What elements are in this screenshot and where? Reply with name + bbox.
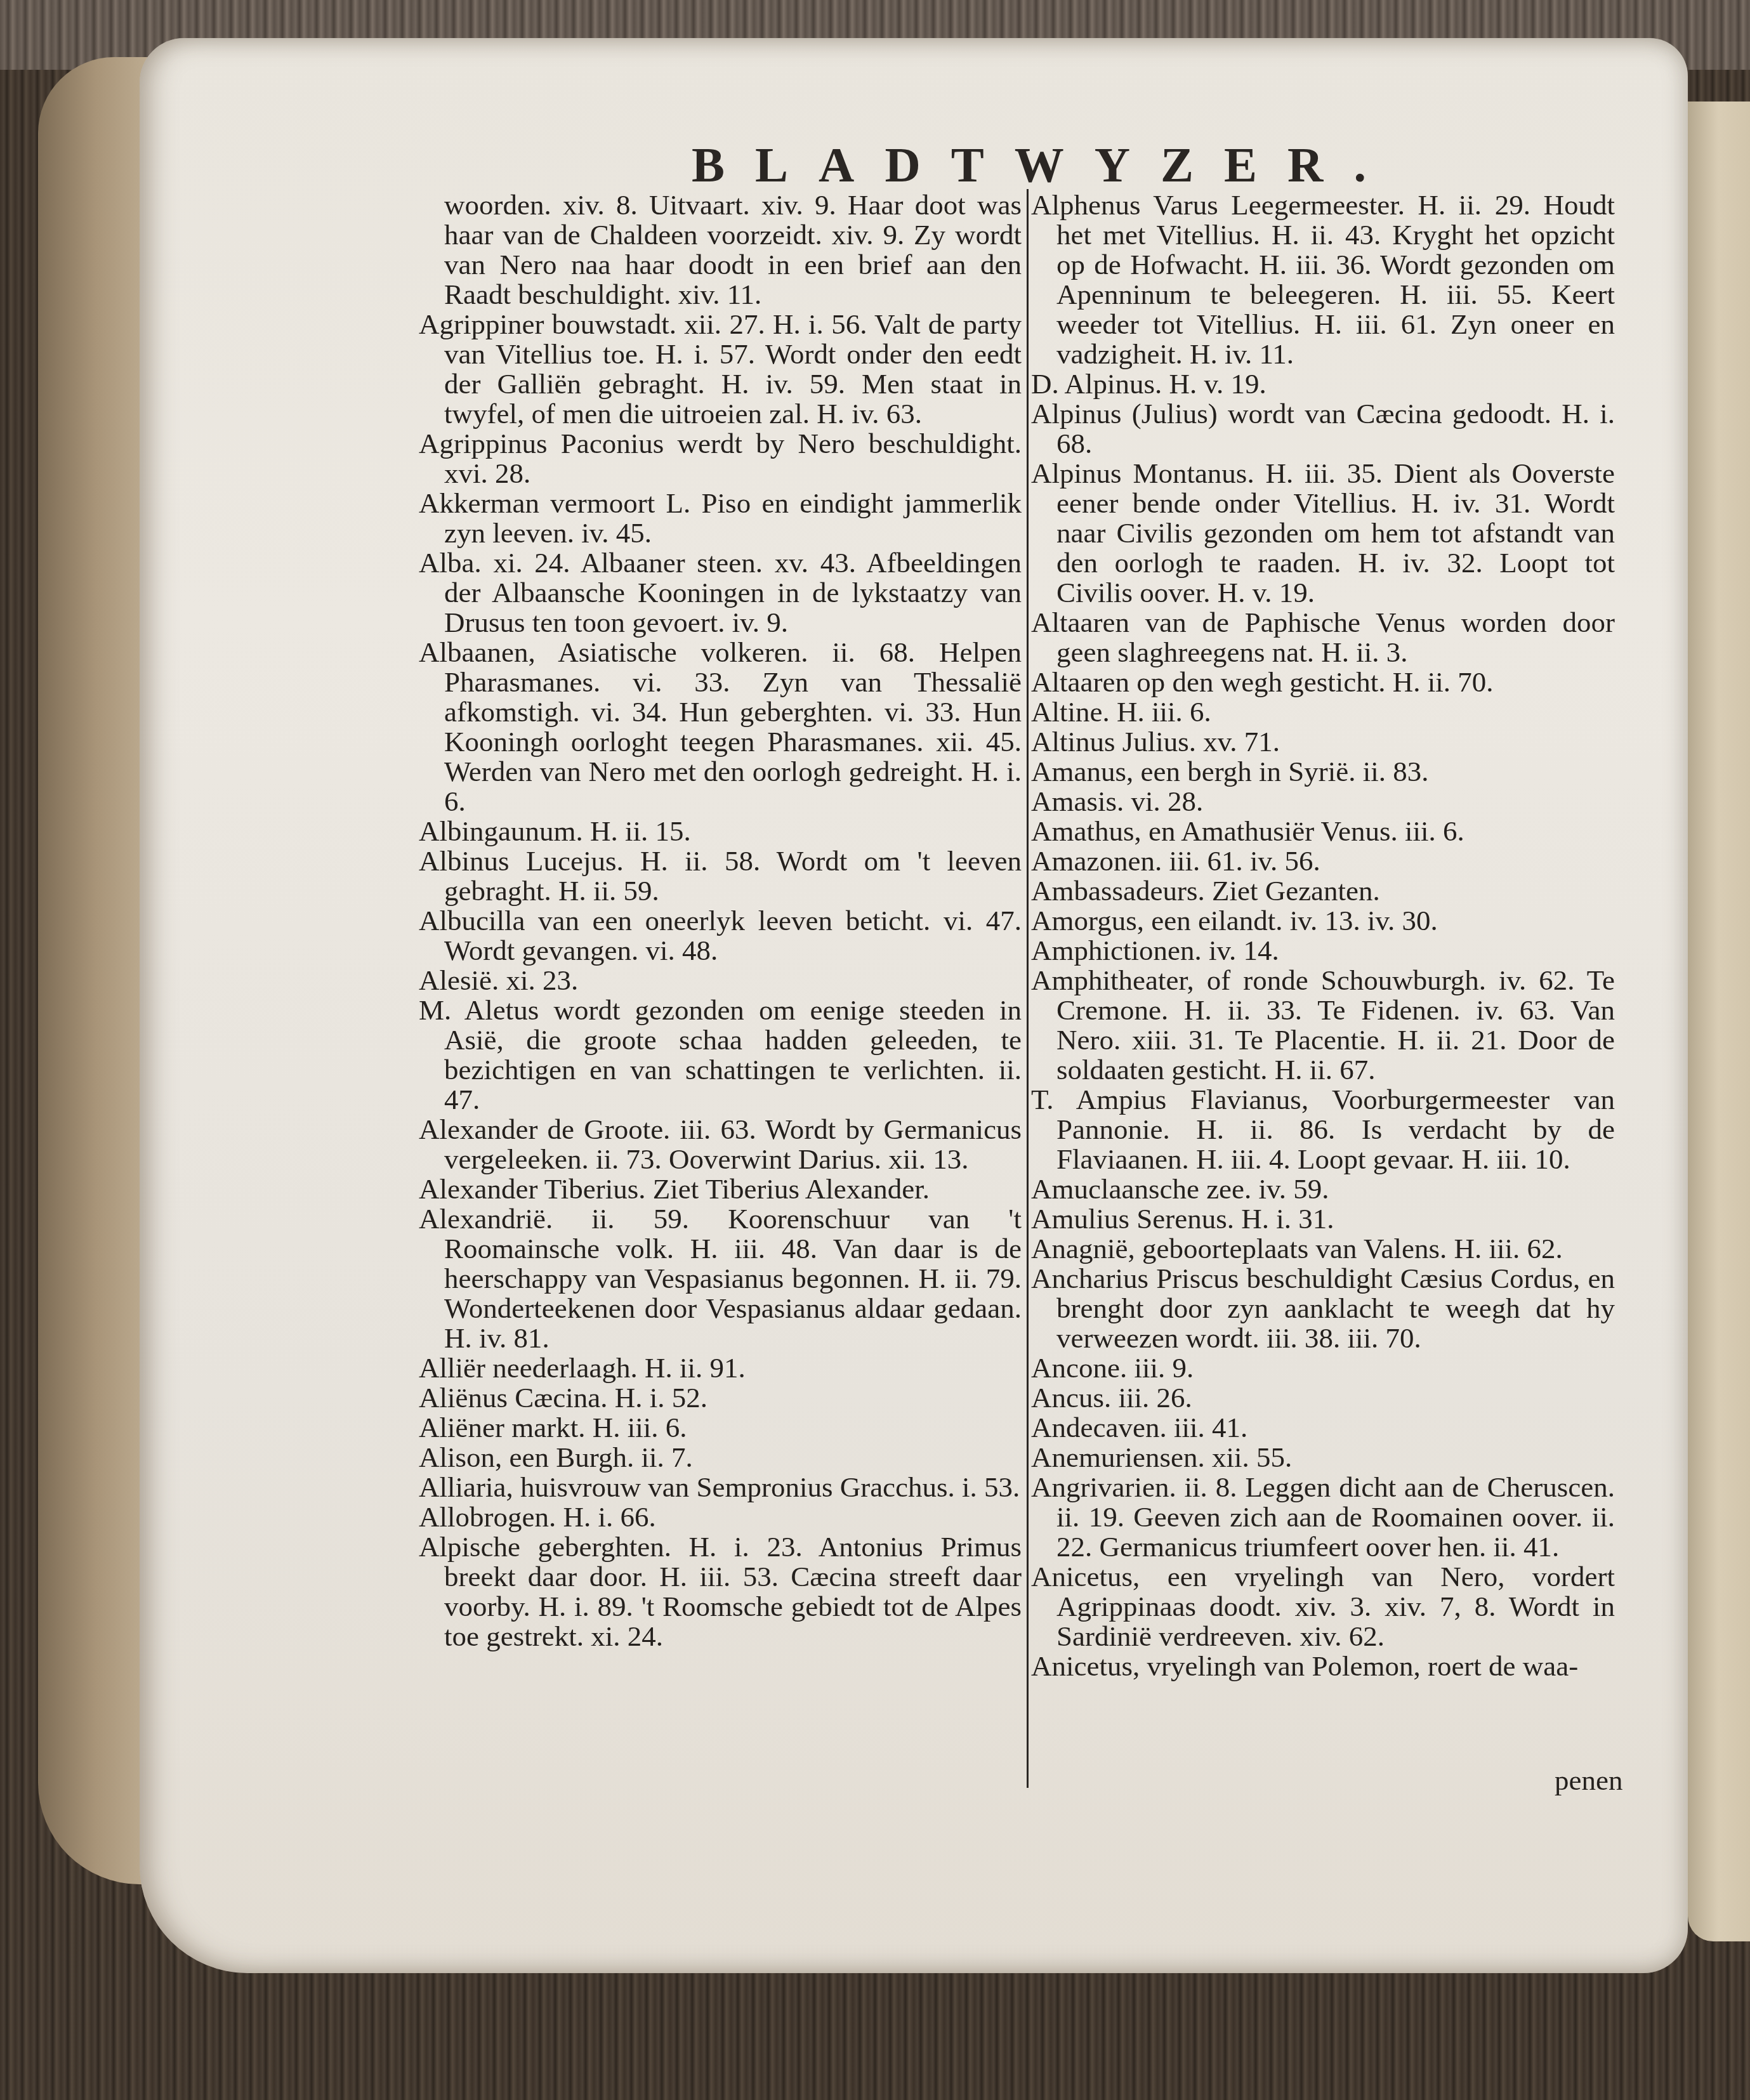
index-column-right: Alphenus Varus Leegermeester. H. ii. 29.… <box>1031 190 1615 1681</box>
index-entry: Albinus Lucejus. H. ii. 58. Wordt om 't … <box>419 846 1022 906</box>
index-entry: Amphitheater, of ronde Schouwburgh. iv. … <box>1031 966 1615 1085</box>
index-entry: Agrippinus Paconius werdt by Nero beschu… <box>419 429 1022 489</box>
index-entry: Alliër neederlaagh. H. ii. 91. <box>419 1353 1022 1383</box>
index-entry: M. Aletus wordt gezonden om eenige steed… <box>419 995 1022 1115</box>
index-entry: Amuclaansche zee. iv. 59. <box>1031 1174 1615 1204</box>
index-entry: Allobrogen. H. i. 66. <box>419 1502 1022 1532</box>
index-entry: Alesië. xi. 23. <box>419 966 1022 995</box>
index-entry: Ambassadeurs. Ziet Gezanten. <box>1031 876 1615 906</box>
catchword: penen <box>1555 1764 1622 1797</box>
index-entry: Angrivarien. ii. 8. Leggen dicht aan de … <box>1031 1473 1615 1562</box>
index-entry: Alpinus Montanus. H. iii. 35. Dient als … <box>1031 459 1615 608</box>
index-entry: Aliëner markt. H. iii. 6. <box>419 1413 1022 1443</box>
index-entry: Ancus. iii. 26. <box>1031 1383 1615 1413</box>
index-entry: Alpische geberghten. H. i. 23. Antonius … <box>419 1532 1022 1651</box>
index-entry: Altaaren van de Paphische Venus worden d… <box>1031 608 1615 667</box>
index-entry: Anemuriensen. xii. 55. <box>1031 1443 1615 1473</box>
index-entry: Amasis. vi. 28. <box>1031 787 1615 817</box>
running-head: BLADTWYZER. <box>692 136 1397 194</box>
index-entry: Alliaria, huisvrouw van Sempronius Gracc… <box>419 1473 1022 1502</box>
index-entry: Anicetus, vryelingh van Polemon, roert d… <box>1031 1651 1615 1681</box>
index-entry: Anicetus, een vryelingh van Nero, vorder… <box>1031 1562 1615 1651</box>
index-entry: Alison, een Burgh. ii. 7. <box>419 1443 1022 1473</box>
index-entry: Albingaunum. H. ii. 15. <box>419 817 1022 846</box>
index-entry: Alphenus Varus Leegermeester. H. ii. 29.… <box>1031 190 1615 369</box>
index-entry: Andecaven. iii. 41. <box>1031 1413 1615 1443</box>
index-entry: Alexander Tiberius. Ziet Tiberius Alexan… <box>419 1174 1022 1204</box>
index-entry: Amorgus, een eilandt. iv. 13. iv. 30. <box>1031 906 1615 936</box>
index-entry: Ancharius Priscus beschuldight Cæsius Co… <box>1031 1264 1615 1353</box>
index-entry: Amulius Serenus. H. i. 31. <box>1031 1204 1615 1234</box>
index-entry: Aliënus Cæcina. H. i. 52. <box>419 1383 1022 1413</box>
index-entry: Amanus, een bergh in Syrië. ii. 83. <box>1031 757 1615 787</box>
index-entry: woorden. xiv. 8. Uitvaart. xiv. 9. Haar … <box>419 190 1022 310</box>
facing-page-edge <box>1688 102 1750 1941</box>
index-entry: D. Alpinus. H. v. 19. <box>1031 369 1615 399</box>
index-column-left: woorden. xiv. 8. Uitvaart. xiv. 9. Haar … <box>419 190 1022 1651</box>
index-entry: Anagnië, geboorteplaats van Valens. H. i… <box>1031 1234 1615 1264</box>
column-divider-rule <box>1027 189 1029 1788</box>
index-entry: Alexander de Groote. iii. 63. Wordt by G… <box>419 1115 1022 1174</box>
index-entry: Albucilla van een oneerlyk leeven betich… <box>419 906 1022 966</box>
index-entry: Amathus, en Amathusiër Venus. iii. 6. <box>1031 817 1615 846</box>
index-entry: Alpinus (Julius) wordt van Cæcina gedood… <box>1031 399 1615 459</box>
index-entry: Albaanen, Asiatische volkeren. ii. 68. H… <box>419 638 1022 817</box>
index-entry: Altaaren op den wegh gesticht. H. ii. 70… <box>1031 667 1615 697</box>
index-entry: Alba. xi. 24. Albaaner steen. xv. 43. Af… <box>419 548 1022 638</box>
index-entry: Amazonen. iii. 61. iv. 56. <box>1031 846 1615 876</box>
index-entry: Altinus Julius. xv. 71. <box>1031 727 1615 757</box>
index-entry: T. Ampius Flavianus, Voorburgermeester v… <box>1031 1085 1615 1174</box>
index-entry: Akkerman vermoort L. Piso en eindight ja… <box>419 489 1022 548</box>
index-entry: Amphictionen. iv. 14. <box>1031 936 1615 966</box>
index-entry: Alexandrië. ii. 59. Koorenschuur van 't … <box>419 1204 1022 1353</box>
index-entry: Agrippiner bouwstadt. xii. 27. H. i. 56.… <box>419 310 1022 429</box>
index-entry: Altine. H. iii. 6. <box>1031 697 1615 727</box>
index-entry: Ancone. iii. 9. <box>1031 1353 1615 1383</box>
